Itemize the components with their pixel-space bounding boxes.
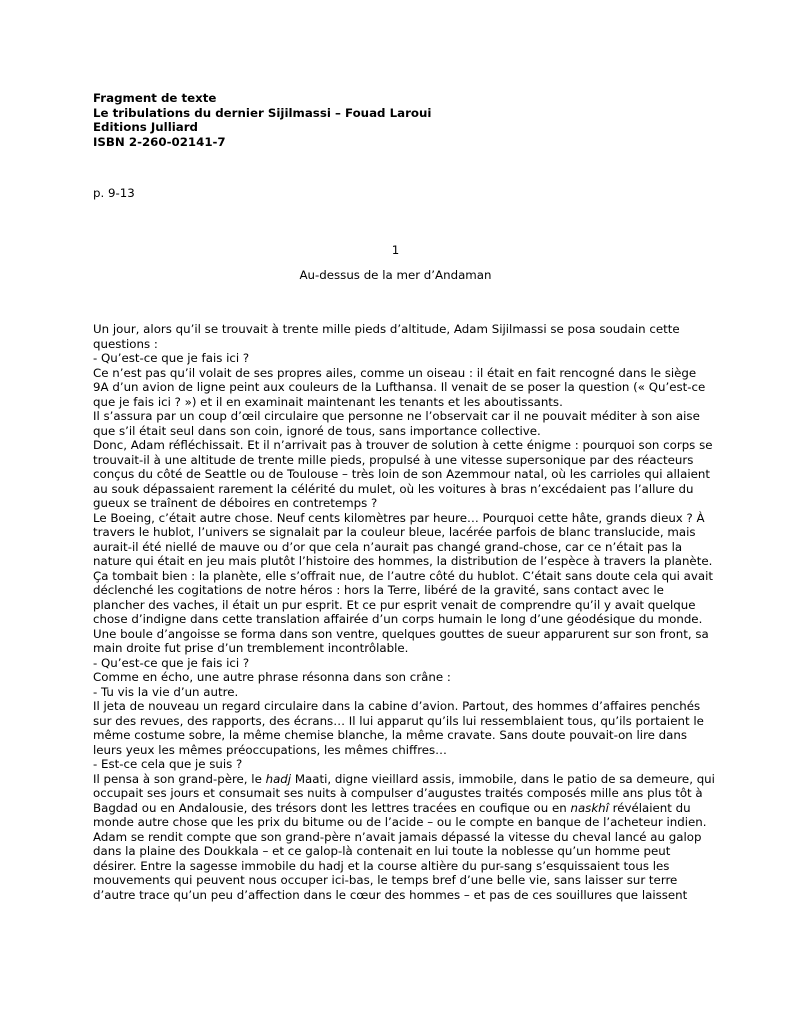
- text-segment: Comme en écho, une autre phrase résonna …: [93, 670, 451, 684]
- body-paragraph: - Qu’est-ce que je fais ici ?: [93, 656, 715, 671]
- text-segment: Adam se rendit compte que son grand-père…: [93, 830, 701, 902]
- text-segment: Un jour, alors qu’il se trouvait à trent…: [93, 322, 680, 351]
- body-paragraph: Il jeta de nouveau un regard circulaire …: [93, 699, 715, 757]
- chapter-title: Au-dessus de la mer d’Andaman: [0, 268, 791, 283]
- text-segment: - Qu’est-ce que je fais ici ?: [93, 351, 249, 365]
- page-reference: p. 9-13: [93, 186, 135, 201]
- body-paragraph: Il pensa à son grand-père, le hadj Maati…: [93, 772, 715, 830]
- text-segment: Il pensa à son grand-père, le: [93, 772, 266, 786]
- italic-term: hadj: [266, 772, 291, 786]
- chapter-number: 1: [0, 243, 791, 258]
- body-paragraph: Le Boeing, c’était autre chose. Neuf cen…: [93, 511, 715, 627]
- body-paragraph: Donc, Adam réfléchissait. Et il n’arriva…: [93, 438, 715, 511]
- text-segment: Il s’assura par un coup d’œil circulaire…: [93, 409, 700, 438]
- body-paragraph: Comme en écho, une autre phrase résonna …: [93, 670, 715, 685]
- italic-term: naskhî: [570, 801, 608, 815]
- text-segment: - Est-ce cela que je suis ?: [93, 757, 242, 771]
- body-paragraph: Un jour, alors qu’il se trouvait à trent…: [93, 322, 715, 351]
- text-segment: - Qu’est-ce que je fais ici ?: [93, 656, 249, 670]
- body-paragraph: Une boule d’angoisse se forma dans son v…: [93, 627, 715, 656]
- text-segment: Donc, Adam réfléchissait. Et il n’arriva…: [93, 438, 713, 510]
- body-paragraph: - Est-ce cela que je suis ?: [93, 757, 715, 772]
- body-paragraph: - Qu’est-ce que je fais ici ?: [93, 351, 715, 366]
- text-segment: Le Boeing, c’était autre chose. Neuf cen…: [93, 511, 713, 627]
- text-segment: Ce n’est pas qu’il volait de ses propres…: [93, 366, 705, 409]
- document-header: Fragment de texte Le tribulations du der…: [93, 91, 431, 149]
- header-isbn: ISBN 2-260-02141-7: [93, 135, 431, 150]
- header-book-title-author: Le tribulations du dernier Sijilmassi – …: [93, 106, 431, 121]
- text-segment: Il jeta de nouveau un regard circulaire …: [93, 699, 704, 757]
- header-publisher: Editions Julliard: [93, 120, 431, 135]
- text-segment: - Tu vis la vie d’un autre.: [93, 685, 238, 699]
- body-paragraph: Ce n’est pas qu’il volait de ses propres…: [93, 366, 715, 410]
- text-segment: Une boule d’angoisse se forma dans son v…: [93, 627, 709, 656]
- document-page: Fragment de texte Le tribulations du der…: [0, 0, 791, 1024]
- header-fragment-label: Fragment de texte: [93, 91, 431, 106]
- body-text: Un jour, alors qu’il se trouvait à trent…: [93, 322, 715, 902]
- body-paragraph: Adam se rendit compte que son grand-père…: [93, 830, 715, 903]
- body-paragraph: Il s’assura par un coup d’œil circulaire…: [93, 409, 715, 438]
- body-paragraph: - Tu vis la vie d’un autre.: [93, 685, 715, 700]
